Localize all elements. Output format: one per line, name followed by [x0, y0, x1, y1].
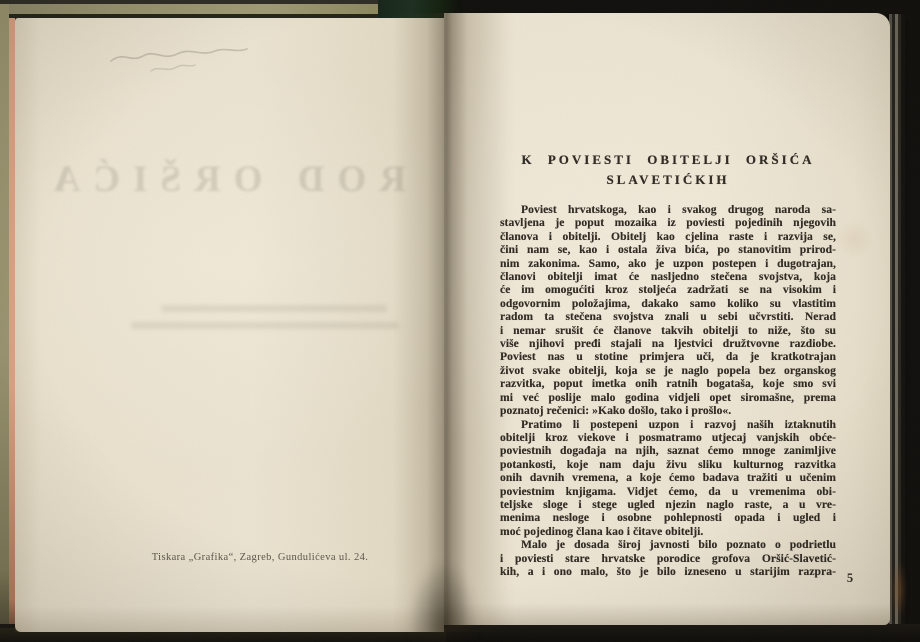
text-line: će im omogućiti kroz stoljeća zadržati s…: [500, 283, 836, 296]
text-line: poviestnim knjigama. Vidjet ćemo, da u v…: [500, 485, 836, 498]
chapter-heading: K POVIESTI OBITELJI ORŠIĆA SLAVETIĆKIH: [500, 150, 836, 190]
text-line: razvitka, poput imetka onih ratnih bogat…: [500, 377, 836, 390]
paragraph: Poviest hrvatskoga, kao i svakog drugog …: [500, 203, 836, 418]
text-line: obitelji kroz viekove i posmatramo utjec…: [500, 431, 836, 444]
ghost-text-line: [161, 305, 387, 312]
left-page: ROD ORŠIĆA Tiskara „Grafika“, Zagreb, Gu…: [15, 18, 444, 632]
cover-cloth-left-strip: [0, 4, 9, 634]
printer-imprint: Tiskara „Grafika“, Zagreb, Gundulićeva u…: [110, 552, 410, 563]
text-line: život svake obitelji, koja se je naglo p…: [500, 364, 836, 377]
book-photo: ROD ORŠIĆA Tiskara „Grafika“, Zagreb, Gu…: [0, 0, 920, 642]
body-text: Poviest hrvatskoga, kao i svakog drugog …: [500, 203, 836, 578]
text-line: mi već poslije malo godina vidjeli opet …: [500, 391, 836, 404]
text-line: Poviest nas u stotine primjera uči, da j…: [500, 350, 836, 363]
ghost-show-through-title: ROD ORŠIĆA: [60, 158, 406, 201]
text-line: radom ta stečena svojstva znali u sebi u…: [500, 310, 836, 323]
text-line: potankosti, koje nam daju živu sliku kul…: [500, 458, 836, 471]
ghost-text-line: [131, 322, 399, 329]
text-line: čini nam se, kao i ostala živa bića, po …: [500, 243, 836, 256]
text-line: članova i obitelji. Obitelj kao cjelina …: [500, 230, 836, 243]
paragraph: Pratimo li postepeni uzpon i razvoj naši…: [500, 418, 836, 539]
text-line: teljske sloge i stege ugled njezin naglo…: [500, 498, 836, 511]
chapter-heading-line-1: K POVIESTI OBITELJI ORŠIĆA: [500, 150, 836, 170]
text-line: članovi obitelji imat će nasljedno steče…: [500, 270, 836, 283]
text-line: i nemar srušit će članove takvih obitelj…: [500, 324, 836, 337]
text-line: poznatoj rečenici: »Kako došlo, tako i p…: [500, 404, 836, 417]
text-line: moć pojedinog člana kao i čitave obitelj…: [500, 525, 836, 538]
text-line: menima nesloge i osobne pohlepnosti opad…: [500, 511, 836, 524]
text-line: poviestnih događaja na njih, saznat ćemo…: [500, 444, 836, 457]
paragraph: Malo je dosada široj javnosti bilo pozna…: [500, 538, 836, 578]
text-line: Poviest hrvatskoga, kao i svakog drugog …: [500, 203, 836, 216]
text-line: onih davnih vremena, a koje ćemo badava …: [500, 471, 836, 484]
right-page: K POVIESTI OBITELJI ORŠIĆA SLAVETIĆKIH P…: [444, 13, 890, 625]
text-line: više njihovi pređi stajali na ljestvici …: [500, 337, 836, 350]
text-line: stavljena je poput mozaika iz poviesti p…: [500, 216, 836, 229]
edge-stain: [892, 560, 906, 620]
text-line: kih, a i ono malo, što je bilo izneseno …: [500, 565, 836, 578]
handwritten-signature: [105, 35, 255, 87]
page-number: 5: [840, 571, 860, 586]
chapter-heading-line-2: SLAVETIĆKIH: [500, 170, 836, 190]
text-line: Malo je dosada široj javnosti bilo pozna…: [500, 538, 836, 551]
text-line: odgovornim položajima, dakako samo kolik…: [500, 297, 836, 310]
text-line: i poviesti stare hrvatske porodice grofo…: [500, 552, 836, 565]
text-line: nim zakonima. Samo, ako je uzpon postepe…: [500, 257, 836, 270]
text-line: Pratimo li postepeni uzpon i razvoj naši…: [500, 418, 836, 431]
